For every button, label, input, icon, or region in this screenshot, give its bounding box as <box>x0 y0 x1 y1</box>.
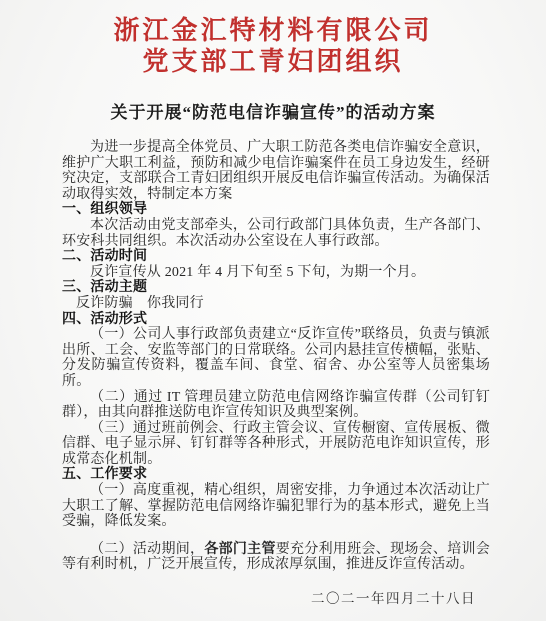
text-run: （一）公司人事行政部负责建立“反诈宣传”联络员，负责与镇派出所、工会、安监等部门… <box>62 327 490 389</box>
text-run: 反诈宣传从 2021 年 4 月下旬至 5 下旬，为期一个月。 <box>90 265 425 280</box>
document-date: 二〇二一年四月二十八日 <box>311 587 476 607</box>
body-paragraph: 为进一步提高全体党员、广大职工防范各类电信诈骗安全意识，维护广大职工利益，预防和… <box>62 140 490 202</box>
text-run: 二、活动时间 <box>62 249 147 264</box>
section-heading: 五、工作要求 <box>62 467 490 483</box>
document-body: 为进一步提高全体党员、广大职工防范各类电信诈骗安全意识，维护广大职工利益，预防和… <box>0 140 546 573</box>
text-run: 为进一步提高全体党员、广大职工防范各类电信诈骗安全意识，维护广大职工利益，预防和… <box>62 140 490 202</box>
text-run: （二）通过 IT 管理员建立防范电信网络诈骗宣传群（公司钉钉群），由其向群推送防… <box>62 390 490 421</box>
text-run: 反诈防骗 你我同行 <box>76 296 204 311</box>
body-paragraph: 反诈防骗 你我同行 <box>62 296 490 312</box>
text-run: （一）高度重视，精心组织，周密安排，力争通过本次活动让广大职工了解、掌握防范电信… <box>62 483 490 529</box>
company-name: 浙江金汇特材料有限公司 <box>0 15 546 46</box>
section-heading: 二、活动时间 <box>62 249 490 265</box>
document-title: 关于开展“防范电信诈骗宣传”的活动方案 <box>0 102 546 124</box>
body-paragraph: （二）活动期间，各部门主管要充分利用班会、现场会、培训会等有利时机，广泛开展宣传… <box>62 542 490 573</box>
section-heading: 一、组织领导 <box>62 202 490 218</box>
text-run: 五、工作要求 <box>62 467 147 482</box>
text-run: 三、活动主题 <box>62 280 147 295</box>
document-page: 浙江金汇特材料有限公司 党支部工青妇团组织 关于开展“防范电信诈骗宣传”的活动方… <box>0 0 546 621</box>
body-paragraph: （一）公司人事行政部负责建立“反诈宣传”联络员，负责与镇派出所、工会、安监等部门… <box>62 327 490 389</box>
text-run: （三）通过班前例会、行政主管会议、宣传橱窗、宣传展板、微信群、电子显示屏、钉钉群… <box>62 421 490 467</box>
text-run: （二）活动期间， <box>90 542 204 557</box>
text-run: 本次活动由党支部牵头，公司行政部门具体负责，生产各部门、环安科共同组织。本次活动… <box>62 218 490 249</box>
text-run: 四、活动形式 <box>62 312 147 327</box>
section-heading: 四、活动形式 <box>62 312 490 328</box>
org-name: 党支部工青妇团组织 <box>0 46 546 77</box>
body-paragraph: 反诈宣传从 2021 年 4 月下旬至 5 下旬，为期一个月。 <box>62 265 490 281</box>
text-run: 各部门主管 <box>204 542 275 557</box>
document-header: 浙江金汇特材料有限公司 党支部工青妇团组织 <box>0 0 546 77</box>
text-run: 一、组织领导 <box>62 202 147 217</box>
body-paragraph: 本次活动由党支部牵头，公司行政部门具体负责，生产各部门、环安科共同组织。本次活动… <box>62 218 490 249</box>
body-paragraph: （二）通过 IT 管理员建立防范电信网络诈骗宣传群（公司钉钉群），由其向群推送防… <box>62 390 490 421</box>
body-paragraph: （一）高度重视，精心组织，周密安排，力争通过本次活动让广大职工了解、掌握防范电信… <box>62 483 490 530</box>
body-paragraph: （三）通过班前例会、行政主管会议、宣传橱窗、宣传展板、微信群、电子显示屏、钉钉群… <box>62 421 490 468</box>
section-heading: 三、活动主题 <box>62 280 490 296</box>
